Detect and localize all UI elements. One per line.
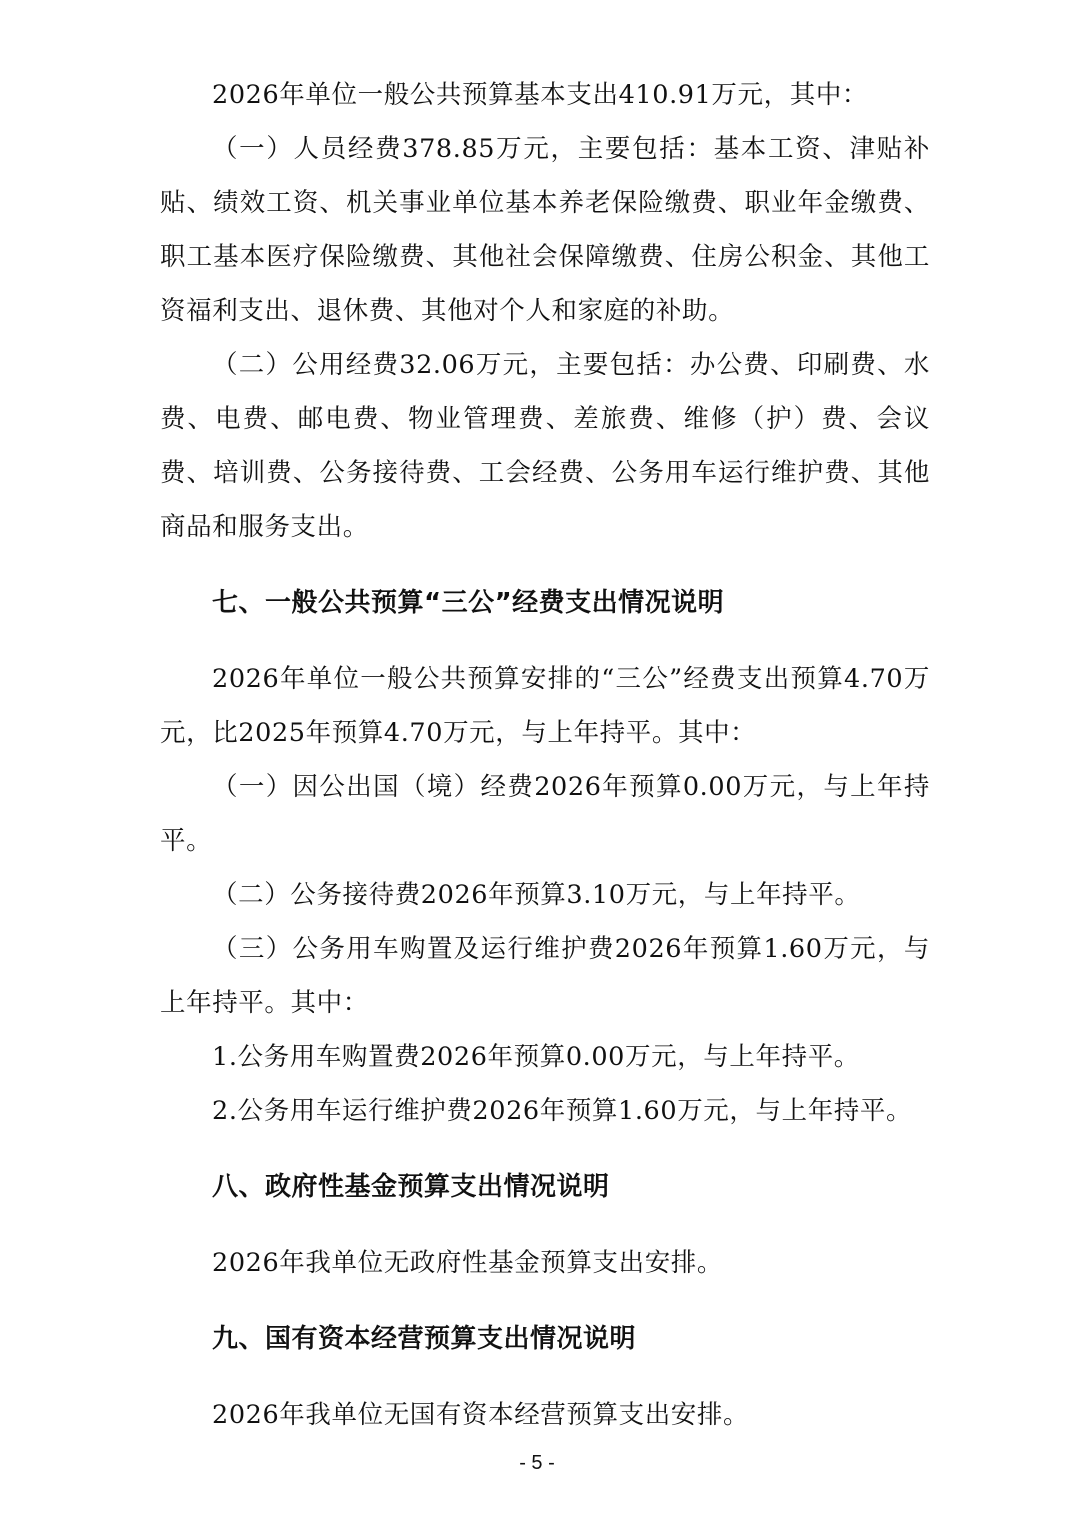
spacer <box>160 630 930 652</box>
paragraph-public-expenses: （二）公用经费32.06万元，主要包括：办公费、印刷费、水费、电费、邮电费、物业… <box>160 338 930 554</box>
paragraph-vehicles: （三）公务用车购置及运行维护费2026年预算1.60万元，与上年持平。其中： <box>160 922 930 1030</box>
paragraph-reception: （二）公务接待费2026年预算3.10万元，与上年持平。 <box>160 868 930 922</box>
paragraph-personnel-expenses: （一）人员经费378.85万元，主要包括：基本工资、津贴补贴、绩效工资、机关事业… <box>160 122 930 338</box>
section-7-heading: 七、一般公共预算“三公”经费支出情况说明 <box>160 576 930 630</box>
spacer <box>160 1214 930 1236</box>
document-page: 2026年单位一般公共预算基本支出410.91万元，其中： （一）人员经费378… <box>160 68 930 1442</box>
spacer <box>160 554 930 576</box>
paragraph-vehicle-purchase: 1.公务用车购置费2026年预算0.00万元，与上年持平。 <box>160 1030 930 1084</box>
paragraph-government-fund: 2026年我单位无政府性基金预算支出安排。 <box>160 1236 930 1290</box>
paragraph-overseas-travel: （一）因公出国（境）经费2026年预算0.00万元，与上年持平。 <box>160 760 930 868</box>
paragraph-three-public-total: 2026年单位一般公共预算安排的“三公”经费支出预算4.70万元，比2025年预… <box>160 652 930 760</box>
paragraph-basic-expenditure-total: 2026年单位一般公共预算基本支出410.91万元，其中： <box>160 68 930 122</box>
paragraph-state-capital: 2026年我单位无国有资本经营预算支出安排。 <box>160 1388 930 1442</box>
spacer <box>160 1366 930 1388</box>
spacer <box>160 1138 930 1160</box>
section-8-heading: 八、政府性基金预算支出情况说明 <box>160 1160 930 1214</box>
section-9-heading: 九、国有资本经营预算支出情况说明 <box>160 1312 930 1366</box>
spacer <box>160 1290 930 1312</box>
paragraph-vehicle-maintenance: 2.公务用车运行维护费2026年预算1.60万元，与上年持平。 <box>160 1084 930 1138</box>
page-number: - 5 - <box>0 1452 1074 1475</box>
